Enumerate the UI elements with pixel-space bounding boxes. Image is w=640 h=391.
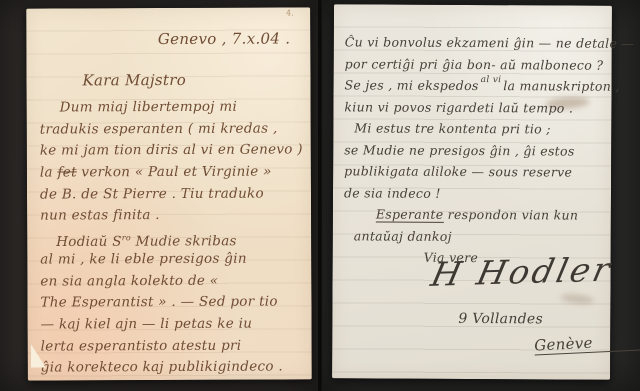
letter-line: tradukis esperanten ( mi kredas ,: [40, 118, 306, 141]
letter-line: antaŭaj dankoj: [344, 225, 607, 248]
letter-line: por certiĝi pri ĝia bon- aŭ malboneco ?: [345, 53, 608, 76]
line-segment: la: [40, 165, 58, 181]
letter-line: lerta esperantisto atestu pri: [41, 335, 307, 358]
letter-line: Esperante respondon vian kun: [344, 203, 607, 226]
letter-line: publikigata aliloke — sous reserve: [344, 160, 607, 183]
letter-line: al mi , ke li eble presigos ĝin: [40, 248, 306, 271]
signature: H Hodler: [428, 250, 617, 294]
letter-line: en sia angla kolekto de «: [40, 270, 306, 293]
left-page-body: Dum miaj libertempoj mi tradukis esperan…: [40, 96, 307, 379]
letter-line: kiun vi povos rigardeti laŭ tempo .: [344, 96, 607, 119]
letter-line: Mi estus tre kontenta pri tio ;: [344, 117, 607, 140]
right-page: Ĉu vi bonvolus ekzameni ĝin — ne detale …: [332, 4, 612, 379]
date-line: Genevo , 7.x.04 .: [158, 29, 291, 48]
left-page: 4. Genevo , 7.x.04 . Kara Majstro Dum mi…: [26, 7, 312, 380]
line-segment: la manuskripton ,: [503, 78, 620, 94]
letter-line: de sia indeco !: [344, 182, 607, 205]
underlined-word: Esperante: [376, 206, 444, 222]
interline-insertion: al vi: [481, 75, 502, 85]
line-segment: Mudie skribas: [131, 233, 237, 249]
photo-right-background: Ĉu vi bonvolus ekzameni ĝin — ne detale …: [321, 0, 640, 391]
letter-line: Se jes , mi ekspedosal vila manuskripton…: [345, 74, 608, 97]
page-corner-mark: 4.: [286, 8, 294, 17]
letter-line: se Mudie ne presigos ĝin , ĝi estos: [344, 139, 607, 162]
struck-word: fet: [57, 164, 76, 180]
letter-line: ke mi jam tion diris al vi en Genevo ): [40, 140, 306, 163]
line-segment: verkon « Paul et Virginie »: [77, 164, 272, 181]
letter-line: Ĉu vi bonvolus ekzameni ĝin — ne detale …: [345, 31, 608, 54]
address-line: Genève: [534, 333, 640, 353]
line-segment: Se jes , mi ekspedos: [345, 77, 479, 93]
letter-line: la fet verkon « Paul et Virginie »: [40, 161, 306, 184]
letter-line: Dum miaj libertempoj mi: [40, 96, 306, 119]
photo-left-background: 4. Genevo , 7.x.04 . Kara Majstro Dum mi…: [0, 0, 318, 391]
ink-smudge: [560, 293, 595, 306]
superscript-abbrev: ro: [122, 233, 131, 242]
letter-line: Hodiaŭ Sro Mudie skribas: [40, 227, 306, 250]
underline-flourish: Genève: [534, 331, 640, 356]
line-segment: Hodiaŭ S: [56, 234, 122, 250]
letter-line: de B. de St Pierre . Tiu traduko: [40, 183, 306, 206]
letter-line: The Esperantist » . — Sed por tio: [40, 292, 306, 315]
letter-line: nun estas finita .: [40, 205, 306, 228]
salutation-line: Kara Majstro: [82, 71, 186, 89]
right-page-body: Ĉu vi bonvolus ekzameni ĝin — ne detale …: [344, 31, 608, 269]
letter-line: ĝia korekteco kaj publikigindeco .: [41, 357, 307, 380]
address-line: 9 Vollandes: [458, 311, 543, 327]
line-segment: respondon vian kun: [443, 207, 578, 223]
letter-line: — kaj kiel ajn — li petas ke iu: [41, 313, 307, 336]
